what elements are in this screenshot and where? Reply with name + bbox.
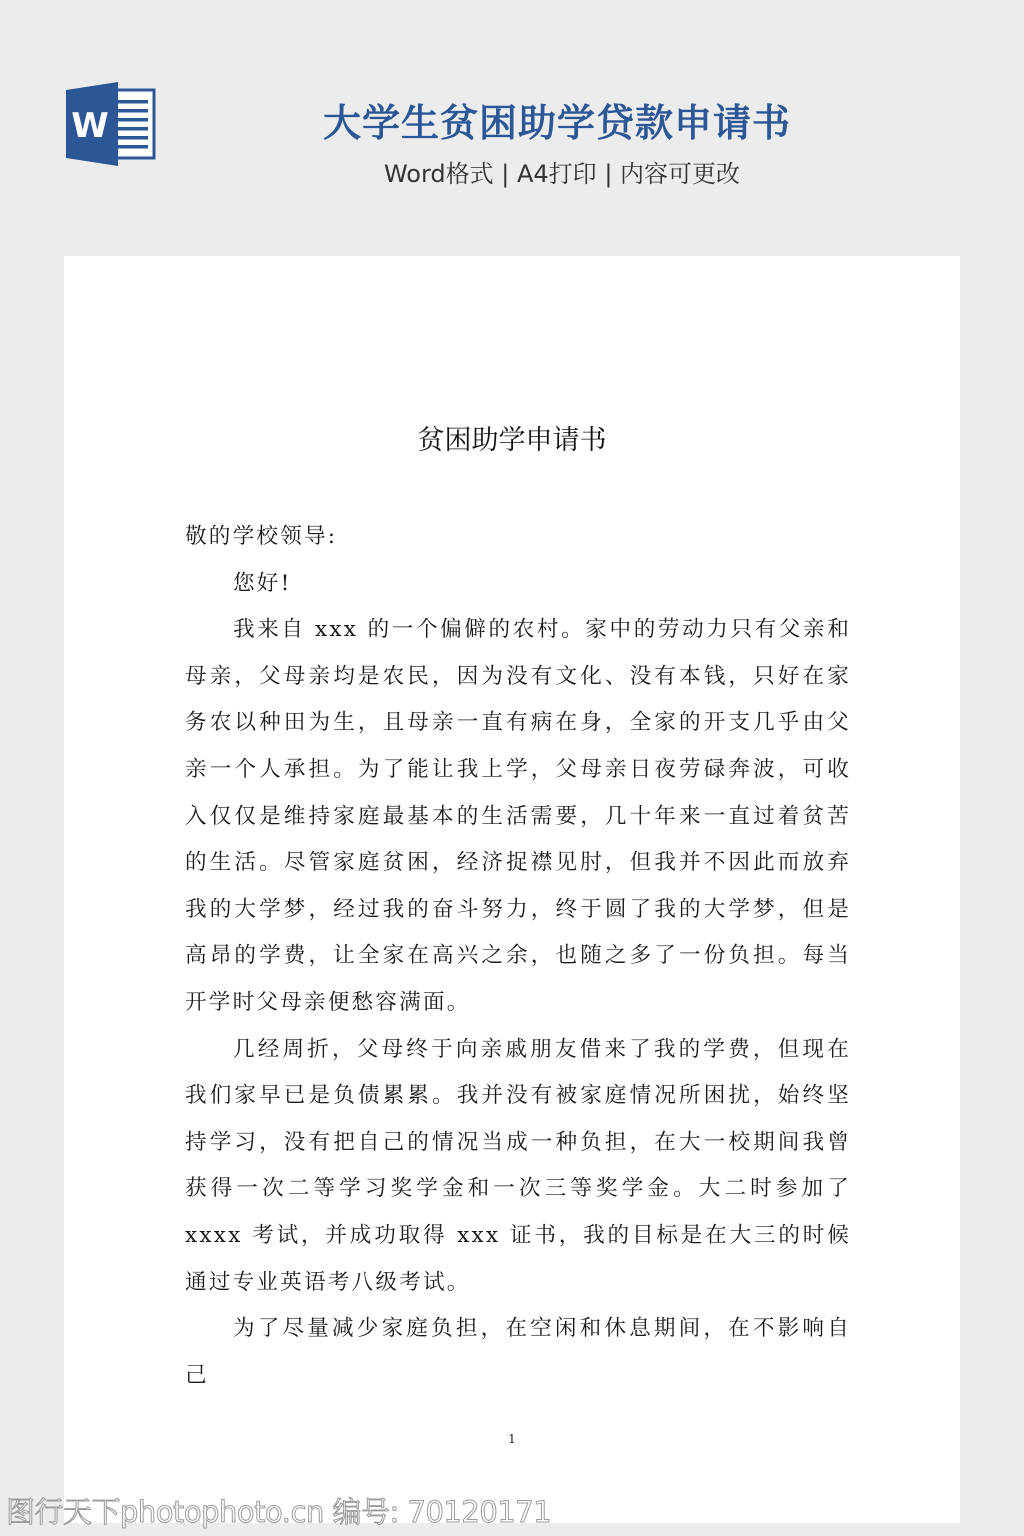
salutation: 敬的学校领导: [185, 514, 851, 561]
paragraph: 为了尽量减少家庭负担，在空闲和休息期间，在不影响自己 [185, 1306, 851, 1399]
document-body: 敬的学校领导: 您好! 我来自 xxx 的一个偏僻的农村。家中的劳动力只有父亲和… [185, 514, 851, 1399]
page-number: 1 [64, 1432, 960, 1446]
watermark: 图行天下photophoto.cn 编号: 70120171 [6, 1490, 551, 1531]
document-page: 贫困助学申请书 敬的学校领导: 您好! 我来自 xxx 的一个偏僻的农村。家中的… [64, 256, 960, 1523]
banner-title: 大学生贫困助学贷款申请书 [0, 92, 1024, 147]
greeting: 您好! [185, 561, 851, 608]
paragraph: 几经周折，父母终于向亲戚朋友借来了我的学费，但现在我们家早已是负债累累。我并没有… [185, 1027, 851, 1307]
banner-subtitle: Word格式 | A4打印 | 内容可更改 [0, 154, 1024, 189]
paragraph: 我来自 xxx 的一个偏僻的农村。家中的劳动力只有父亲和母亲，父母亲均是农民，因… [185, 607, 851, 1026]
document-title: 贫困助学申请书 [64, 418, 960, 457]
